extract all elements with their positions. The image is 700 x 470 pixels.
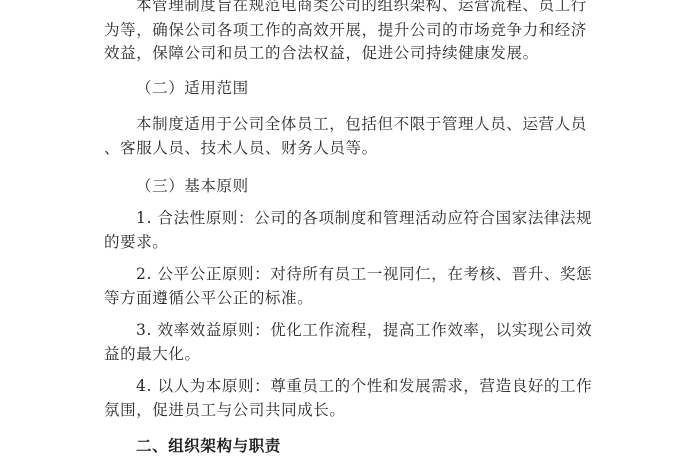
principle-1-line-2: 的要求。 <box>104 231 168 253</box>
intro-line-3: 效益，保障公司和员工的合法权益，促进公司持续健康发展。 <box>104 42 539 64</box>
principle-4-line-2: 氛围，促进员工与公司共同成长。 <box>104 399 346 421</box>
intro-line-2: 为等，确保公司各项工作的高效开展，提升公司的市场竞争力和经济 <box>104 19 587 41</box>
section-2-heading: 二、组织架构与职责 <box>136 435 281 457</box>
principle-3-line-1: 3. 效率效益原则：优化工作流程，提高工作效率，以实现公司效 <box>136 319 592 341</box>
scope-line-2: 、客服人员、技术人员、财务人员等。 <box>104 137 378 159</box>
intro-line-1: 本管理制度旨在规范电商类公司的组织架构、运营流程、员工行 <box>136 0 587 16</box>
principle-2-line-2: 等方面遵循公平公正的标准。 <box>104 287 313 309</box>
scope-heading: （二）适用范围 <box>136 77 249 99</box>
principle-4-line-1: 4. 以人为本原则：尊重员工的个性和发展需求，营造良好的工作 <box>136 375 592 397</box>
document-page: 本管理制度旨在规范电商类公司的组织架构、运营流程、员工行 为等，确保公司各项工作… <box>0 0 700 470</box>
principle-2-line-1: 2. 公平公正原则：对待所有员工一视同仁，在考核、晋升、奖惩 <box>136 263 592 285</box>
principle-1-line-1: 1. 合法性原则：公司的各项制度和管理活动应符合国家法律法规 <box>136 207 592 229</box>
scope-line-1: 本制度适用于公司全体员工，包括但不限于管理人员、运营人员 <box>136 113 587 135</box>
principle-3-line-2: 益的最大化。 <box>104 343 201 365</box>
principles-heading: （三）基本原则 <box>136 175 249 197</box>
